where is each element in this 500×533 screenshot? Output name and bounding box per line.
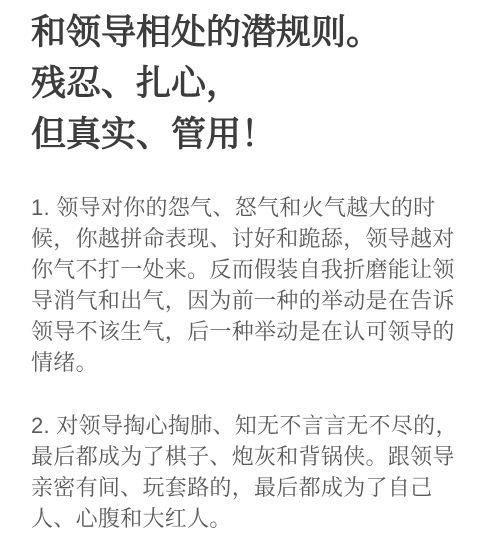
- paragraph-2-line: 人、心腹和大红人。: [31, 503, 470, 533]
- post-title: 和领导相处的潜规则。 残忍、扎心， 但真实、管用！: [31, 7, 470, 160]
- paragraph-2-line: 2. 对领导掏心掏肺、知无不言言无不尽的，: [31, 410, 470, 441]
- title-line-2: 残忍、扎心，: [31, 58, 470, 109]
- paragraph-1-line: 领导不该生气，后一种举动是在认可领导的: [31, 316, 470, 347]
- title-line-1: 和领导相处的潜规则。: [31, 7, 470, 58]
- paragraph-2-line: 亲密有间、玩套路的，最后都成为了自己: [31, 472, 470, 503]
- paragraph-1-line: 你气不打一处来。反而假装自我折磨能让领: [31, 254, 470, 285]
- title-line-3: 但真实、管用！: [31, 109, 470, 160]
- paragraph-1-line: 导消气和出气，因为前一种的举动是在告诉: [31, 285, 470, 316]
- paragraph-1: 1. 领导对你的怨气、怒气和火气越大的时 候，你越拼命表现、讨好和跪舔，领导越对…: [31, 192, 470, 378]
- text-post-card: 和领导相处的潜规则。 残忍、扎心， 但真实、管用！ 1. 领导对你的怨气、怒气和…: [0, 0, 500, 533]
- paragraph-1-line: 情绪。: [31, 347, 470, 378]
- paragraph-1-line: 候，你越拼命表现、讨好和跪舔，领导越对: [31, 223, 470, 254]
- paragraph-2: 2. 对领导掏心掏肺、知无不言言无不尽的， 最后都成为了棋子、炮灰和背锅侠。跟领…: [31, 410, 470, 533]
- paragraph-1-line: 1. 领导对你的怨气、怒气和火气越大的时: [31, 192, 470, 223]
- paragraph-2-line: 最后都成为了棋子、炮灰和背锅侠。跟领导: [31, 441, 470, 472]
